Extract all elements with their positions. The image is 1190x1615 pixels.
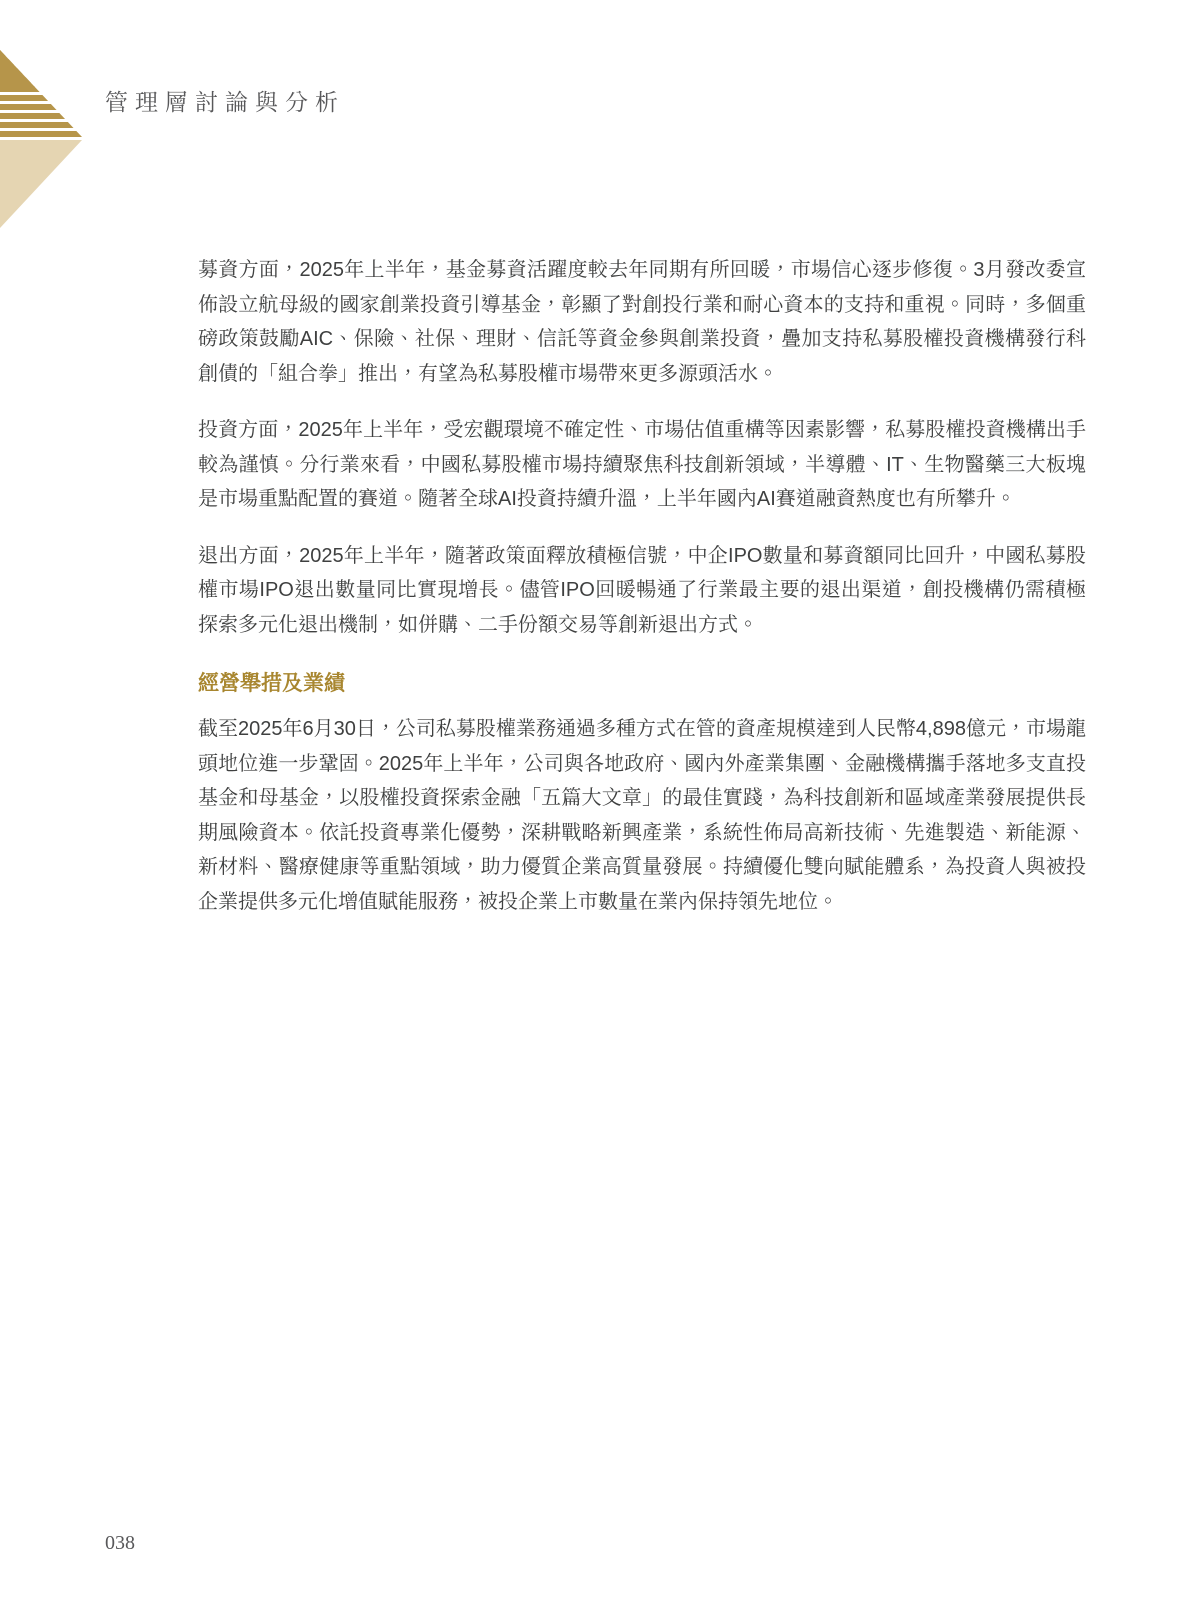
- content-area: 募資方面，2025年上半年，基金募資活躍度較去年同期有所回暖，市場信心逐步修復。…: [198, 253, 1086, 941]
- paragraph-fundraising: 募資方面，2025年上半年，基金募資活躍度較去年同期有所回暖，市場信心逐步修復。…: [198, 253, 1086, 391]
- arrow-striped-triangle: [0, 50, 82, 137]
- page-title: 管理層討論與分析: [105, 84, 345, 117]
- arrow-tan-triangle: [0, 140, 82, 228]
- report-page: 管理層討論與分析 募資方面，2025年上半年，基金募資活躍度較去年同期有所回暖，…: [0, 0, 1190, 1615]
- paragraph-exit: 退出方面，2025年上半年，隨著政策面釋放積極信號，中企IPO數量和募資額同比回…: [198, 539, 1086, 643]
- page-number: 038: [105, 1532, 135, 1555]
- gold-arrow-decoration: [0, 50, 82, 228]
- paragraph-investment: 投資方面，2025年上半年，受宏觀環境不確定性、市場估值重構等因素影響，私募股權…: [198, 413, 1086, 517]
- paragraph-operations-results: 截至2025年6月30日，公司私募股權業務通過多種方式在管的資產規模達到人民幣4…: [198, 712, 1086, 919]
- section-heading-operations: 經營舉措及業績: [198, 670, 1086, 698]
